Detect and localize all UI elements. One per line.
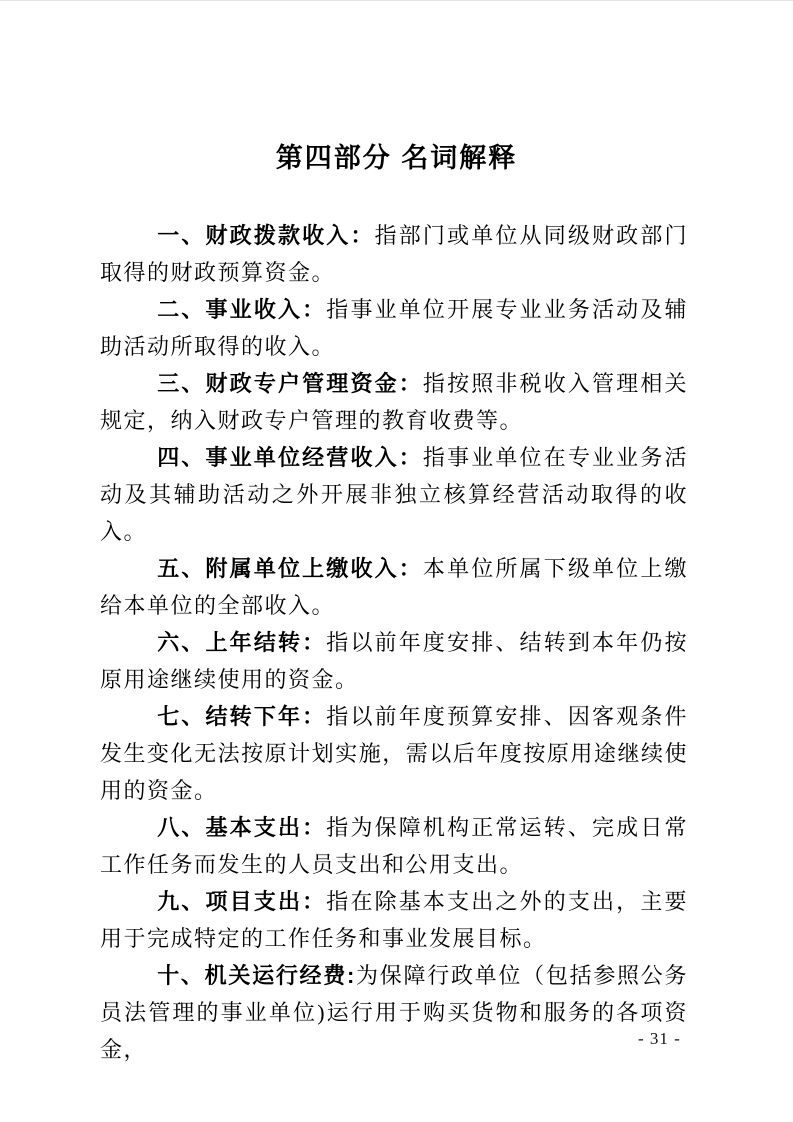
definition-item: 七、结转下年：指以前年度预算安排、因客观条件发生变化无法按原计划实施，需以后年度… — [100, 698, 688, 809]
definition-item: 一、财政拨款收入：指部门或单位从同级财政部门取得的财政预算资金。 — [100, 217, 688, 291]
page-title: 第四部分 名词解释 — [0, 136, 793, 175]
page-number: - 31 - — [638, 1029, 681, 1049]
definition-item: 九、项目支出：指在除基本支出之外的支出，主要用于完成特定的工作任务和事业发展目标… — [100, 883, 688, 957]
definition-item: 八、基本支出：指为保障机构正常运转、完成日常工作任务而发生的人员支出和公用支出。 — [100, 809, 688, 883]
definition-item: 二、事业收入：指事业单位开展专业业务活动及辅助活动所取得的收入。 — [100, 291, 688, 365]
definitions-list: 一、财政拨款收入：指部门或单位从同级财政部门取得的财政预算资金。 二、事业收入：… — [100, 217, 688, 1068]
definition-term: 七、结转下年： — [157, 704, 326, 729]
definition-term: 四、事业单位经营收入： — [157, 445, 423, 470]
definition-item: 十、机关运行经费:为保障行政单位（包括参照公务员法管理的事业单位)运行用于购买货… — [100, 957, 688, 1068]
definition-term: 八、基本支出： — [157, 815, 326, 840]
definition-term: 一、财政拨款收入： — [157, 223, 374, 248]
definition-term: 二、事业收入： — [157, 297, 326, 322]
definition-term: 十、机关运行经费: — [157, 963, 356, 988]
definition-term: 三、财政专户管理资金： — [157, 371, 423, 396]
definition-item: 三、财政专户管理资金：指按照非税收入管理相关规定，纳入财政专户管理的教育收费等。 — [100, 365, 688, 439]
scan-edge-line — [0, 0, 793, 1]
document-page: 第四部分 名词解释 一、财政拨款收入：指部门或单位从同级财政部门取得的财政预算资… — [0, 0, 793, 1122]
definition-term: 五、附属单位上缴收入： — [157, 556, 423, 581]
definition-item: 六、上年结转：指以前年度安排、结转到本年仍按原用途继续使用的资金。 — [100, 624, 688, 698]
definition-term: 九、项目支出： — [157, 889, 326, 914]
definition-item: 五、附属单位上缴收入：本单位所属下级单位上缴给本单位的全部收入。 — [100, 550, 688, 624]
definition-item: 四、事业单位经营收入：指事业单位在专业业务活动及其辅助活动之外开展非独立核算经营… — [100, 439, 688, 550]
definition-term: 六、上年结转： — [157, 630, 326, 655]
